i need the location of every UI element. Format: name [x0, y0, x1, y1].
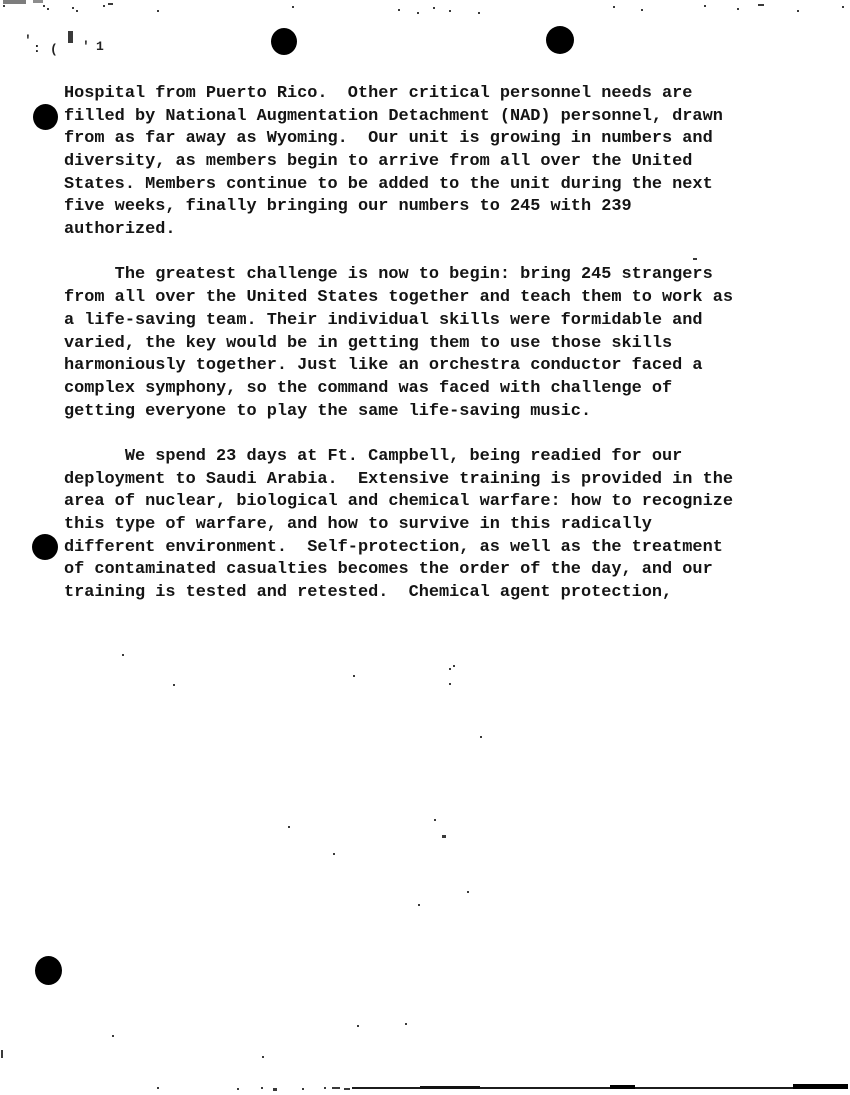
noise-speck	[434, 819, 436, 821]
noise-speck	[3, 5, 5, 7]
noise-speck	[324, 1087, 326, 1089]
scan-edge-line	[420, 1086, 480, 1089]
noise-speck	[641, 9, 643, 11]
noise-speck	[478, 12, 480, 14]
noise-speck	[797, 10, 799, 12]
document-text-block: Hospital from Puerto Rico. Other critica…	[64, 83, 764, 627]
noise-speck	[332, 1087, 340, 1089]
noise-speck	[47, 8, 49, 10]
noise-speck	[704, 5, 706, 7]
hole-punch-dot	[32, 534, 58, 560]
noise-speck	[72, 7, 74, 9]
noise-speck	[613, 6, 615, 8]
noise-speck	[344, 1088, 350, 1090]
noise-speck	[418, 904, 420, 906]
noise-speck	[157, 1087, 159, 1089]
noise-speck	[68, 31, 73, 43]
noise-speck	[333, 853, 335, 855]
noise-speck	[76, 10, 78, 12]
scanner-edge-bar	[33, 0, 43, 3]
noise-speck	[122, 654, 124, 656]
noise-speck	[112, 1035, 114, 1037]
noise-speck	[157, 10, 159, 12]
scanner-edge-bar	[3, 0, 26, 4]
noise-speck	[288, 826, 290, 828]
noise-speck	[262, 1056, 264, 1058]
noise-speck	[108, 3, 113, 5]
scan-edge-line	[793, 1084, 848, 1089]
hole-punch-dot	[271, 28, 297, 55]
noise-speck	[758, 4, 764, 6]
noise-speck	[737, 8, 739, 10]
hole-punch-dot	[33, 104, 58, 130]
noise-speck	[273, 1088, 277, 1091]
hole-punch-dot	[546, 26, 574, 54]
scan-edge-line	[352, 1087, 793, 1089]
hole-punch-dot	[35, 956, 62, 985]
noise-speck	[302, 1088, 304, 1090]
corner-noise-mark: (	[50, 43, 58, 56]
noise-speck	[398, 9, 400, 11]
paragraph-ft-campbell-training: We spend 23 days at Ft. Campbell, being …	[64, 446, 764, 605]
noise-speck	[449, 683, 451, 685]
paragraph-greatest-challenge: The greatest challenge is now to begin: …	[64, 264, 764, 423]
noise-speck	[449, 10, 451, 12]
noise-speck	[357, 1025, 359, 1027]
noise-speck	[292, 6, 294, 8]
noise-speck	[1, 1050, 3, 1058]
noise-speck	[842, 6, 844, 8]
noise-speck	[449, 668, 451, 670]
scanned-document-page: Hospital from Puerto Rico. Other critica…	[0, 0, 850, 1095]
corner-noise-mark: '	[82, 40, 90, 53]
noise-speck	[417, 12, 419, 14]
paragraph-hospital-personnel: Hospital from Puerto Rico. Other critica…	[64, 83, 764, 242]
noise-speck	[453, 665, 455, 667]
noise-speck	[43, 5, 45, 7]
corner-noise-mark: 1	[96, 40, 104, 53]
corner-noise-mark: :	[33, 42, 41, 55]
corner-noise-mark: '	[24, 34, 32, 47]
noise-speck	[405, 1023, 407, 1025]
noise-speck	[433, 7, 435, 9]
noise-speck	[173, 684, 175, 686]
noise-speck	[467, 891, 469, 893]
noise-speck	[103, 5, 105, 7]
scan-edge-line	[610, 1085, 635, 1089]
noise-speck	[442, 835, 446, 838]
noise-speck	[480, 736, 482, 738]
noise-speck	[237, 1088, 239, 1090]
noise-speck	[353, 675, 355, 677]
noise-speck	[261, 1087, 263, 1089]
